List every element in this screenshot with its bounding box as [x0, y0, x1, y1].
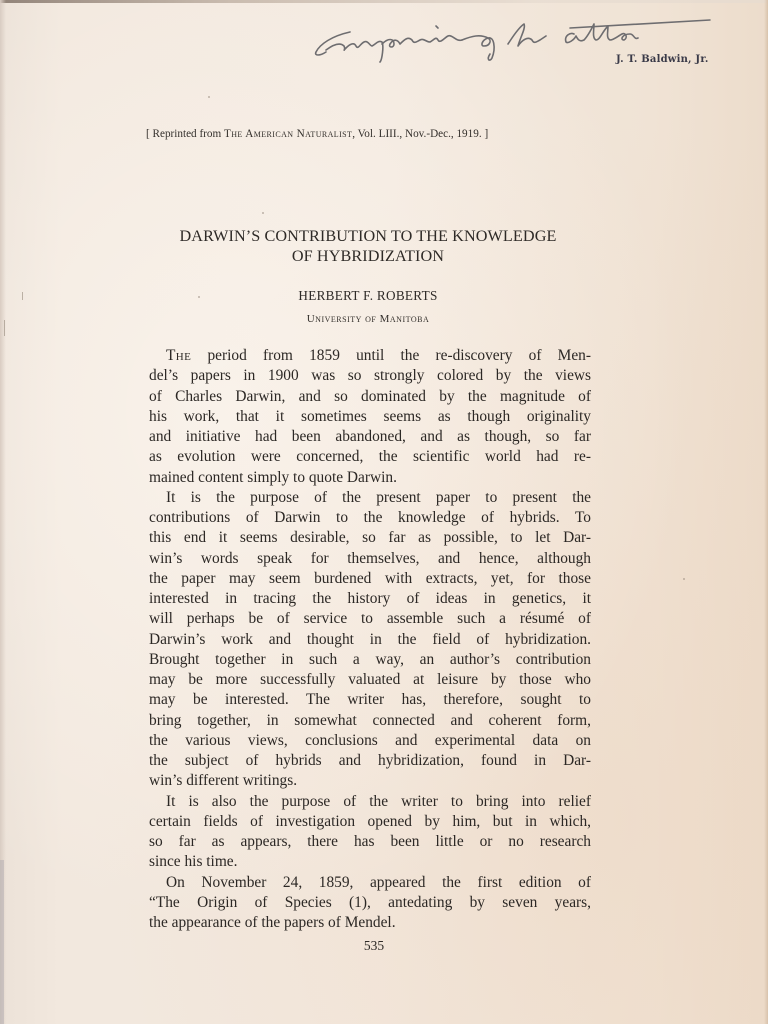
paragraph: The period from 1859 until the re-discov… — [149, 346, 591, 488]
text-line: mained content simply to quote Darwin. — [149, 468, 591, 488]
scanned-page: Compliments of the writer J. T. Baldwin,… — [0, 0, 768, 1024]
text-line: The period from 1859 until the re-discov… — [149, 346, 591, 366]
text-line: may be more successfully valuated at lei… — [149, 670, 591, 690]
text-line: and initiative had been abandoned, and a… — [149, 427, 591, 447]
page-number: 535 — [350, 938, 398, 954]
reprint-notice: [ Reprinted from The American Naturalist… — [146, 128, 596, 140]
text-line: this end it seems desirable, so far as p… — [149, 528, 591, 548]
text-line: It is also the purpose of the writer to … — [149, 792, 591, 812]
article-title-line-2: OF HYBRIDIZATION — [130, 246, 606, 266]
text-line: interested in tracing the history of ide… — [149, 589, 591, 609]
text-line: his work, that it sometimes seems as tho… — [149, 407, 591, 427]
text-line: contributions of Darwin to the knowledge… — [149, 508, 591, 528]
text-line: the subject of hybrids and hybridization… — [149, 751, 591, 771]
page-edge-left-shadow — [0, 860, 4, 1024]
reprint-details: , Vol. LIII., Nov.-Dec., 1919. — [352, 128, 481, 140]
paper-speck — [683, 578, 685, 580]
text-line: of Charles Darwin, and so dominated by t… — [149, 387, 591, 407]
text-line: bring together, in somewhat connected an… — [149, 711, 591, 731]
text-line: certain fields of investigation opened b… — [149, 812, 591, 832]
page-edge-top — [0, 0, 768, 3]
paper-speck — [262, 212, 264, 214]
text-line: may be interested. The writer has, there… — [149, 690, 591, 710]
text-line: Darwin’s work and thought in the field o… — [149, 630, 591, 650]
paragraph-lead: The — [166, 347, 191, 364]
text-line: del’s papers in 1900 was so strongly col… — [149, 366, 591, 386]
text-line: It is the purpose of the present paper t… — [149, 488, 591, 508]
owner-stamp: J. T. Baldwin, Jr. — [616, 54, 709, 65]
page-edge-right — [764, 0, 768, 1024]
text-line: the paper may seem burdened with extract… — [149, 569, 591, 589]
article-body: The period from 1859 until the re-discov… — [149, 346, 591, 933]
text-line: the appearance of the papers of Mendel. — [149, 913, 591, 933]
reprint-close-bracket: ] — [484, 128, 488, 140]
text-line: the various views, conclusions and exper… — [149, 731, 591, 751]
text-line: will perhaps be of service to assemble s… — [149, 609, 591, 629]
text-line: win’s different writings. — [149, 771, 591, 791]
text-line: On November 24, 1859, appeared the first… — [149, 873, 591, 893]
article-title-line-1: DARWIN’S CONTRIBUTION TO THE KNOWLEDGE — [130, 226, 606, 246]
text-line: as evolution were concerned, the scienti… — [149, 447, 591, 467]
text-line: Brought together in such a way, an autho… — [149, 650, 591, 670]
paper-mark — [4, 320, 5, 336]
author-affiliation: University of Manitoba — [130, 313, 606, 325]
text-line: since his time. — [149, 852, 591, 872]
text-line: “The Origin of Species (1), antedating b… — [149, 893, 591, 913]
reprint-prefix: Reprinted from — [153, 128, 224, 140]
paper-speck — [208, 96, 210, 98]
paper-mark — [22, 292, 23, 300]
paragraph: On November 24, 1859, appeared the first… — [149, 873, 591, 934]
article-author: HERBERT F. ROBERTS — [130, 288, 606, 304]
text-line: so far as appears, there has been little… — [149, 832, 591, 852]
reprint-open-bracket: [ — [146, 128, 150, 140]
paragraph: It is also the purpose of the writer to … — [149, 792, 591, 873]
paragraph: It is the purpose of the present paper t… — [149, 488, 591, 792]
journal-name: The American Naturalist — [224, 128, 352, 140]
text-line: win’s words speak for themselves, and he… — [149, 549, 591, 569]
article-title: DARWIN’S CONTRIBUTION TO THE KNOWLEDGE O… — [130, 226, 606, 266]
